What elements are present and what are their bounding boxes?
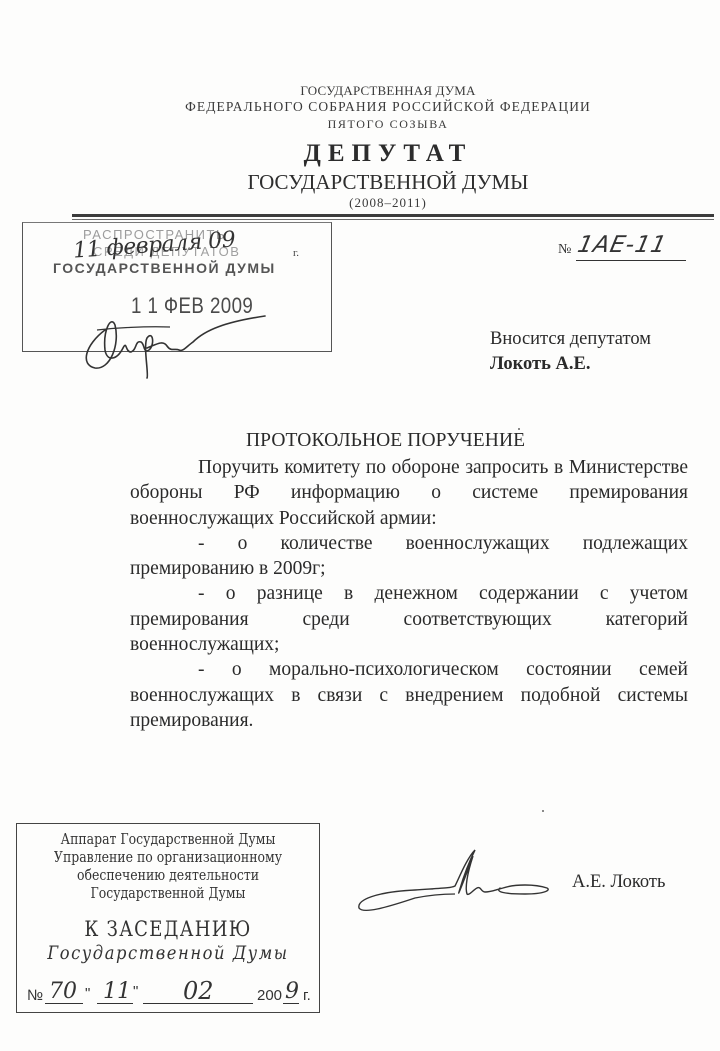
meeting-day-underline [97, 1003, 133, 1004]
registration-underline [576, 260, 686, 261]
quote-mark: " [85, 985, 90, 1002]
scan-speck [542, 810, 544, 812]
body-paragraph-intro: Поручить комитету по обороне запросить в… [130, 455, 688, 531]
stamp-signature-icon [75, 290, 275, 380]
body-item-pay-difference: - о разнице в денежном содержании с учет… [130, 581, 688, 657]
introduced-by-label: Вносится депутатом [490, 327, 651, 352]
meeting-stamp-label: К ЗАСЕДАНИЮ [38, 917, 298, 941]
quote-mark: " [133, 983, 138, 1000]
meeting-stamp-duma: Государственной Думы [38, 942, 298, 964]
meeting-year-digit: 9 [285, 979, 299, 1004]
meeting-number: 70 [49, 979, 77, 1004]
number-sign: № [558, 242, 571, 258]
body-item-family-state: - о морально-психологическом состоянии с… [130, 657, 688, 733]
meeting-month-underline [143, 1003, 253, 1004]
signature-icon [355, 848, 555, 918]
meeting-day: 11 [103, 979, 131, 1004]
meeting-month: 02 [183, 977, 214, 1005]
stamp-state-duma-text: ГОСУДАРСТВЕННОЙ ДУМЫ [53, 260, 276, 276]
scan-speck [518, 428, 520, 430]
meeting-number-sign: № [27, 987, 43, 1004]
document-body: Поручить комитету по обороне запросить в… [130, 455, 688, 733]
introduced-by: Вносится депутатом Локоть А.Е. [490, 327, 651, 377]
meeting-stamp-org: Аппарат Государственной Думы Управление … [38, 831, 298, 903]
letterhead-subtitle: ГОСУДАРСТВЕННОЙ ДУМЫ [28, 170, 720, 195]
letterhead-divider-thin [72, 219, 714, 220]
registration-number-value: 1АЕ-11 [575, 232, 669, 258]
introduced-by-name: Локоть А.Е. [490, 352, 651, 377]
meeting-stamp-org-line: Аппарат Государственной Думы [38, 831, 298, 849]
letterhead-line-convocation: ПЯТОГО СОЗЫВА [28, 117, 720, 132]
letterhead-divider [72, 214, 714, 217]
meeting-stamp-org-line: Управление по организационному [38, 849, 298, 867]
letterhead-years: (2008–2011) [28, 195, 720, 211]
registration-number: № 1АЕ-11 [558, 232, 678, 262]
meeting-year-underline [283, 1003, 299, 1004]
letterhead-title: ДЕПУТАТ [28, 140, 720, 168]
letterhead-line-federal-assembly: ФЕДЕРАЛЬНОГО СОБРАНИЯ РОССИЙСКОЙ ФЕДЕРАЦ… [28, 99, 720, 115]
stamp-year-suffix: г. [293, 247, 299, 259]
meeting-year-prefix: 200 [257, 987, 282, 1004]
meeting-stamp-org-line: обеспечению деятельности [38, 867, 298, 885]
meeting-year-suffix: г. [303, 987, 311, 1004]
meeting-stamp: Аппарат Государственной Думы Управление … [16, 823, 320, 1013]
letterhead-line-duma: ГОСУДАРСТВЕННАЯ ДУМА [28, 83, 720, 99]
document-heading: ПРОТОКОЛЬНОЕ ПОРУЧЕНИЕ [246, 430, 525, 452]
meeting-number-underline [45, 1003, 83, 1004]
body-item-count: - о количестве военнослужащих подлежащих… [130, 531, 688, 582]
meeting-stamp-org-line: Государственной Думы [38, 885, 298, 903]
meeting-stamp-dateline: № 70 " 11 " 02 200 9 г. [25, 981, 315, 1007]
signer-name: А.Е. Локоть [572, 872, 665, 893]
